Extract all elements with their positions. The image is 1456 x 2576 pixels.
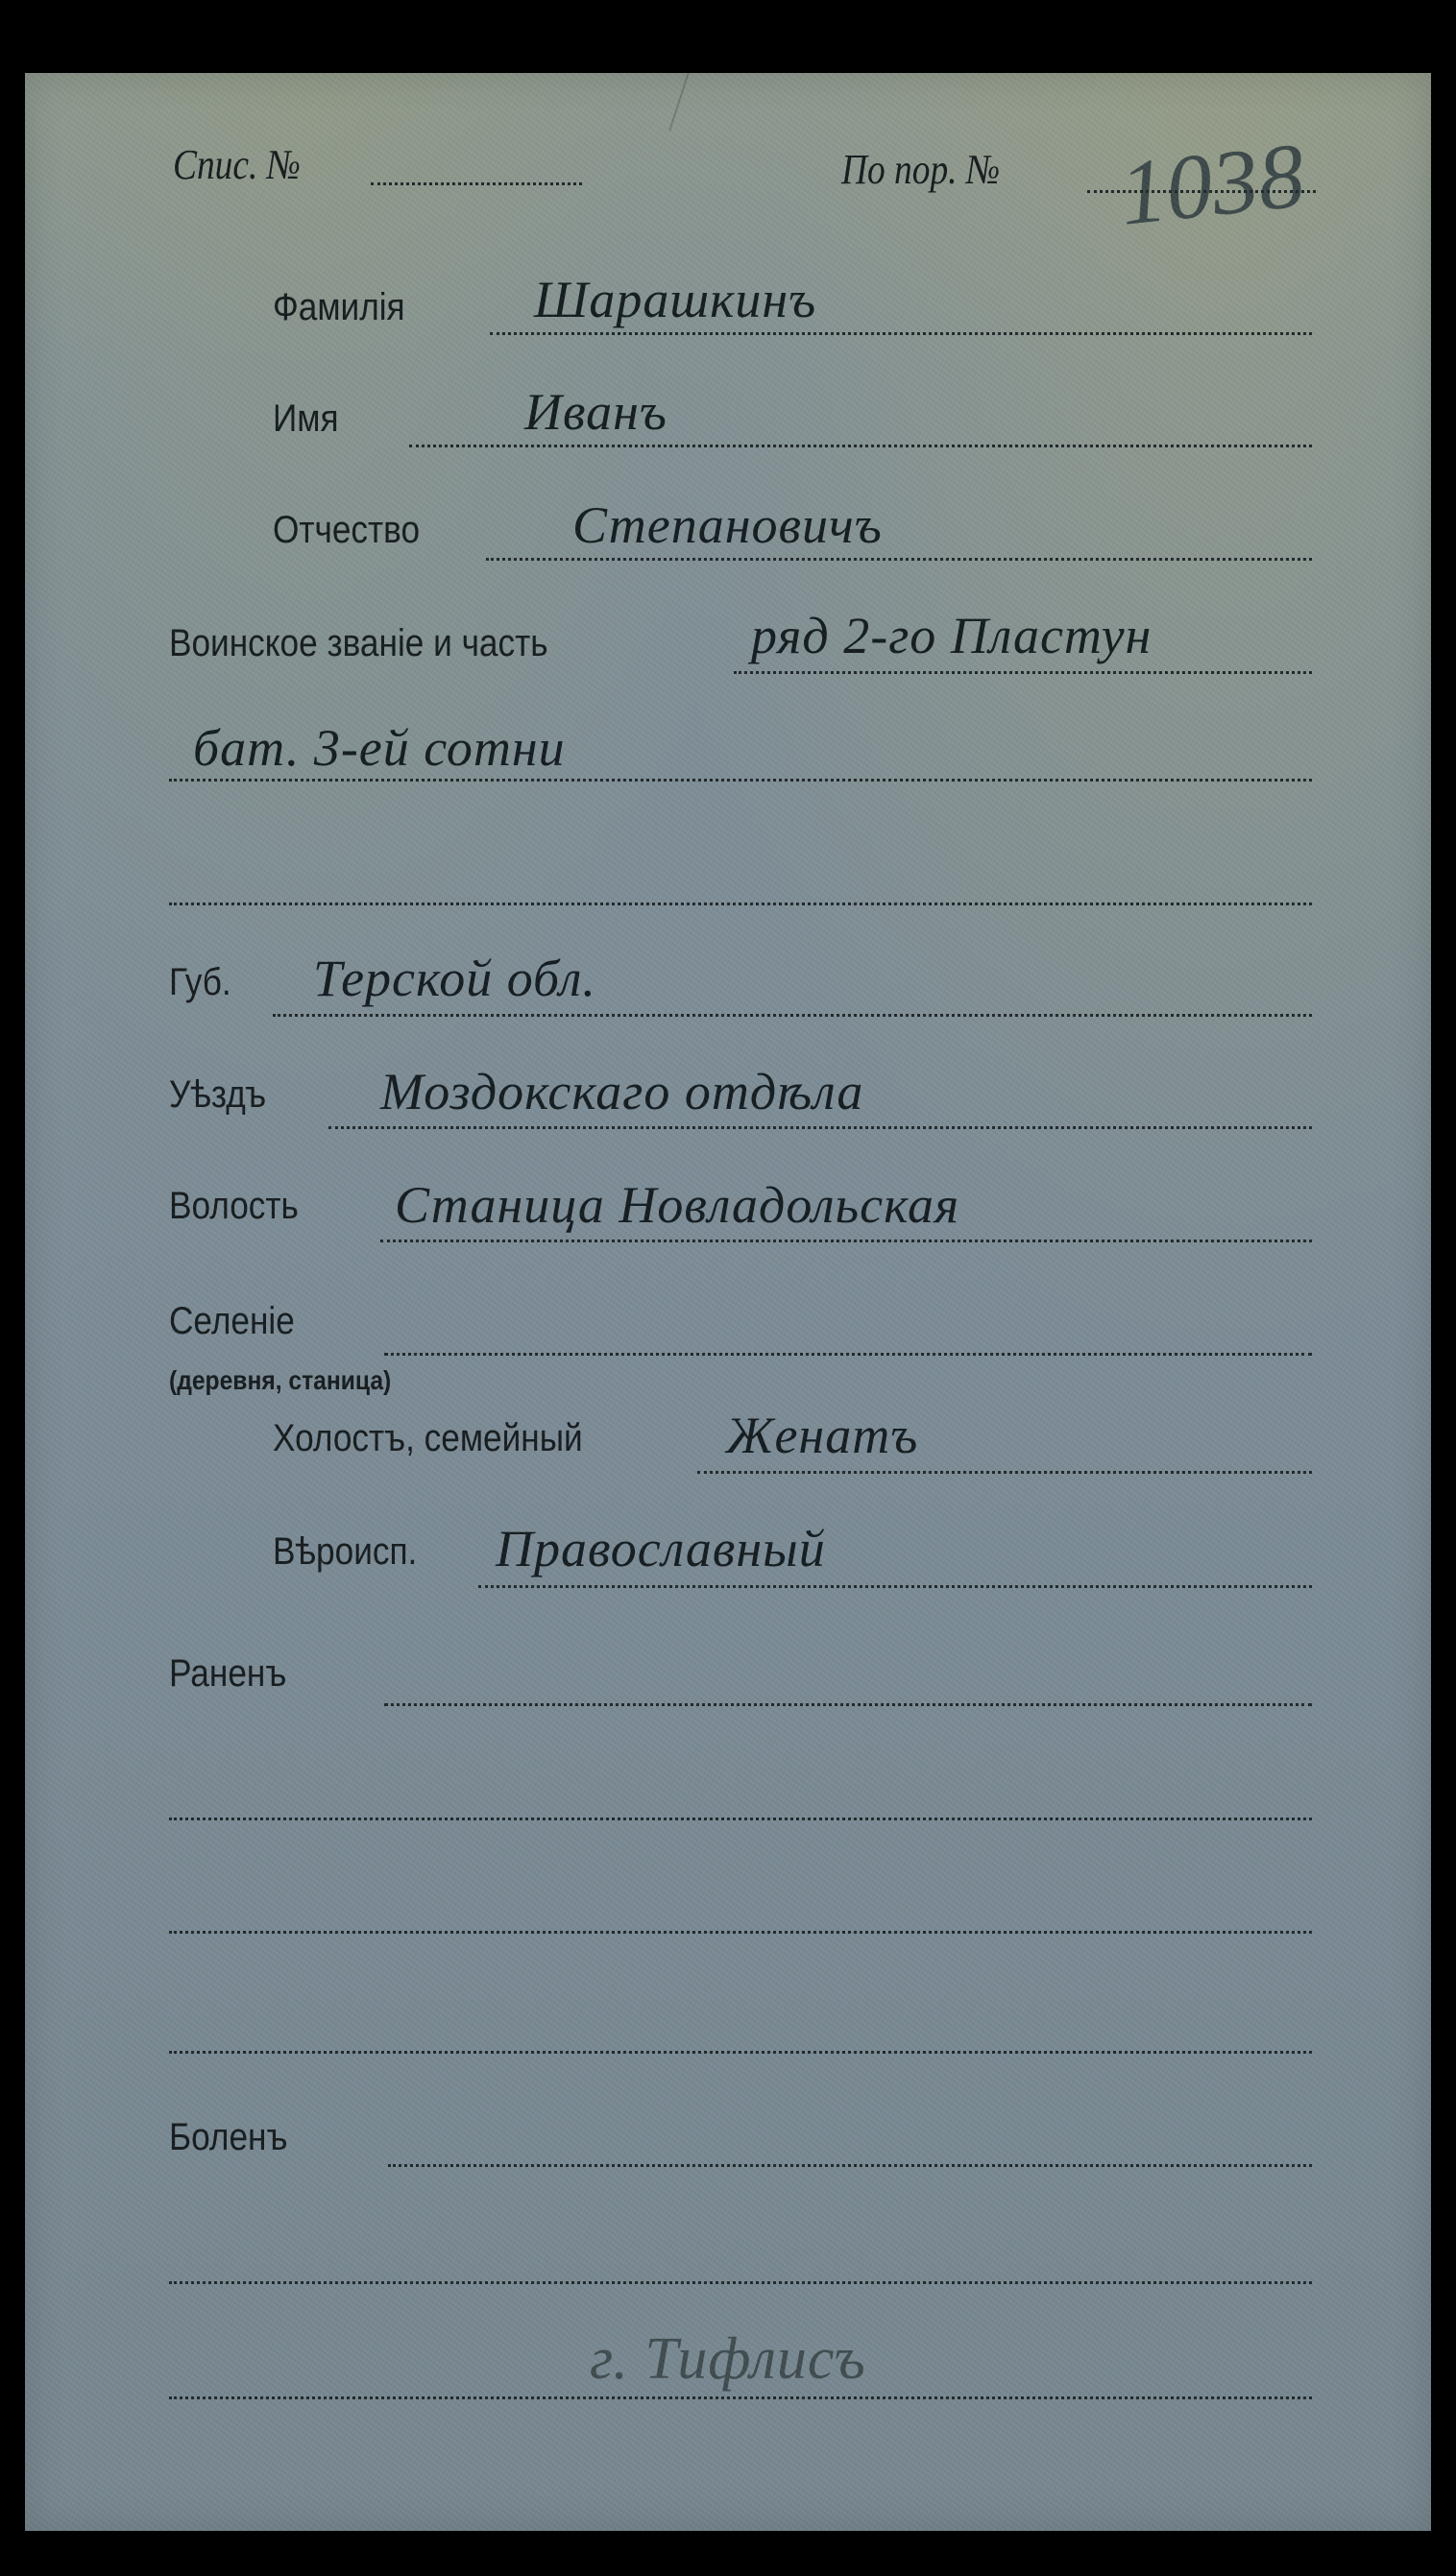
village-sublabel: (деревня, станица): [169, 1365, 391, 1396]
order-number-field[interactable]: [1087, 190, 1316, 193]
sick-field-top-line[interactable]: [169, 2051, 1312, 2054]
order-number-label: По пор. №: [841, 145, 1000, 194]
registration-card: 1038 Спис. № По пор. № Фамилія Шарашкинъ…: [25, 73, 1431, 2531]
wounded-field[interactable]: [384, 1703, 1312, 1706]
first-name-field[interactable]: [409, 445, 1312, 447]
district-value: Моздокскаго отдѣла: [380, 1062, 863, 1121]
religion-label: Вѣроисп.: [273, 1530, 417, 1574]
list-number-field[interactable]: [371, 182, 582, 185]
marital-status-value: Женатъ: [726, 1406, 918, 1465]
rank-unit-value-line1: ряд 2-го Пластун: [751, 606, 1152, 665]
location-value: г. Тифлисъ: [590, 2325, 866, 2394]
sick-field[interactable]: [388, 2164, 1312, 2167]
province-label: Губ.: [169, 961, 231, 1004]
religion-field[interactable]: [478, 1585, 1312, 1588]
surname-label: Фамилія: [273, 286, 405, 329]
wounded-field-line2[interactable]: [169, 1818, 1312, 1820]
sick-field-line2[interactable]: [169, 2281, 1312, 2284]
list-number-label: Спис. №: [173, 140, 301, 189]
volost-value: Станица Новладольская: [395, 1175, 959, 1235]
sick-label: Боленъ: [169, 2116, 287, 2159]
volost-field[interactable]: [380, 1240, 1312, 1242]
district-field[interactable]: [328, 1126, 1312, 1129]
rank-unit-field-line3[interactable]: [169, 903, 1312, 905]
village-label: Селеніе: [169, 1300, 295, 1343]
first-name-value: Иванъ: [524, 382, 667, 442]
location-field[interactable]: [169, 2396, 1312, 2399]
wounded-label: Раненъ: [169, 1652, 286, 1696]
surname-value: Шарашкинъ: [534, 270, 816, 329]
district-label: Уѣздъ: [169, 1073, 266, 1117]
religion-value: Православный: [496, 1519, 826, 1578]
village-field[interactable]: [384, 1353, 1312, 1356]
rank-unit-field[interactable]: [734, 671, 1312, 674]
archive-number: 1038: [1115, 121, 1310, 246]
paper-tear: [668, 73, 708, 131]
patronymic-field[interactable]: [486, 558, 1312, 561]
rank-unit-label: Воинское званіе и часть: [169, 622, 548, 665]
volost-label: Волость: [169, 1185, 299, 1228]
first-name-label: Имя: [273, 397, 339, 441]
marital-status-field[interactable]: [697, 1471, 1312, 1474]
surname-field[interactable]: [490, 332, 1312, 335]
province-value: Терской обл.: [313, 949, 596, 1008]
wounded-field-line3[interactable]: [169, 1931, 1312, 1934]
patronymic-value: Степановичъ: [572, 495, 883, 555]
patronymic-label: Отчество: [273, 509, 420, 552]
rank-unit-value-line2: бат. 3-ей сотни: [193, 718, 566, 778]
province-field[interactable]: [273, 1014, 1312, 1017]
marital-status-label: Холостъ, семейный: [273, 1417, 583, 1460]
rank-unit-field-line2[interactable]: [169, 779, 1312, 782]
